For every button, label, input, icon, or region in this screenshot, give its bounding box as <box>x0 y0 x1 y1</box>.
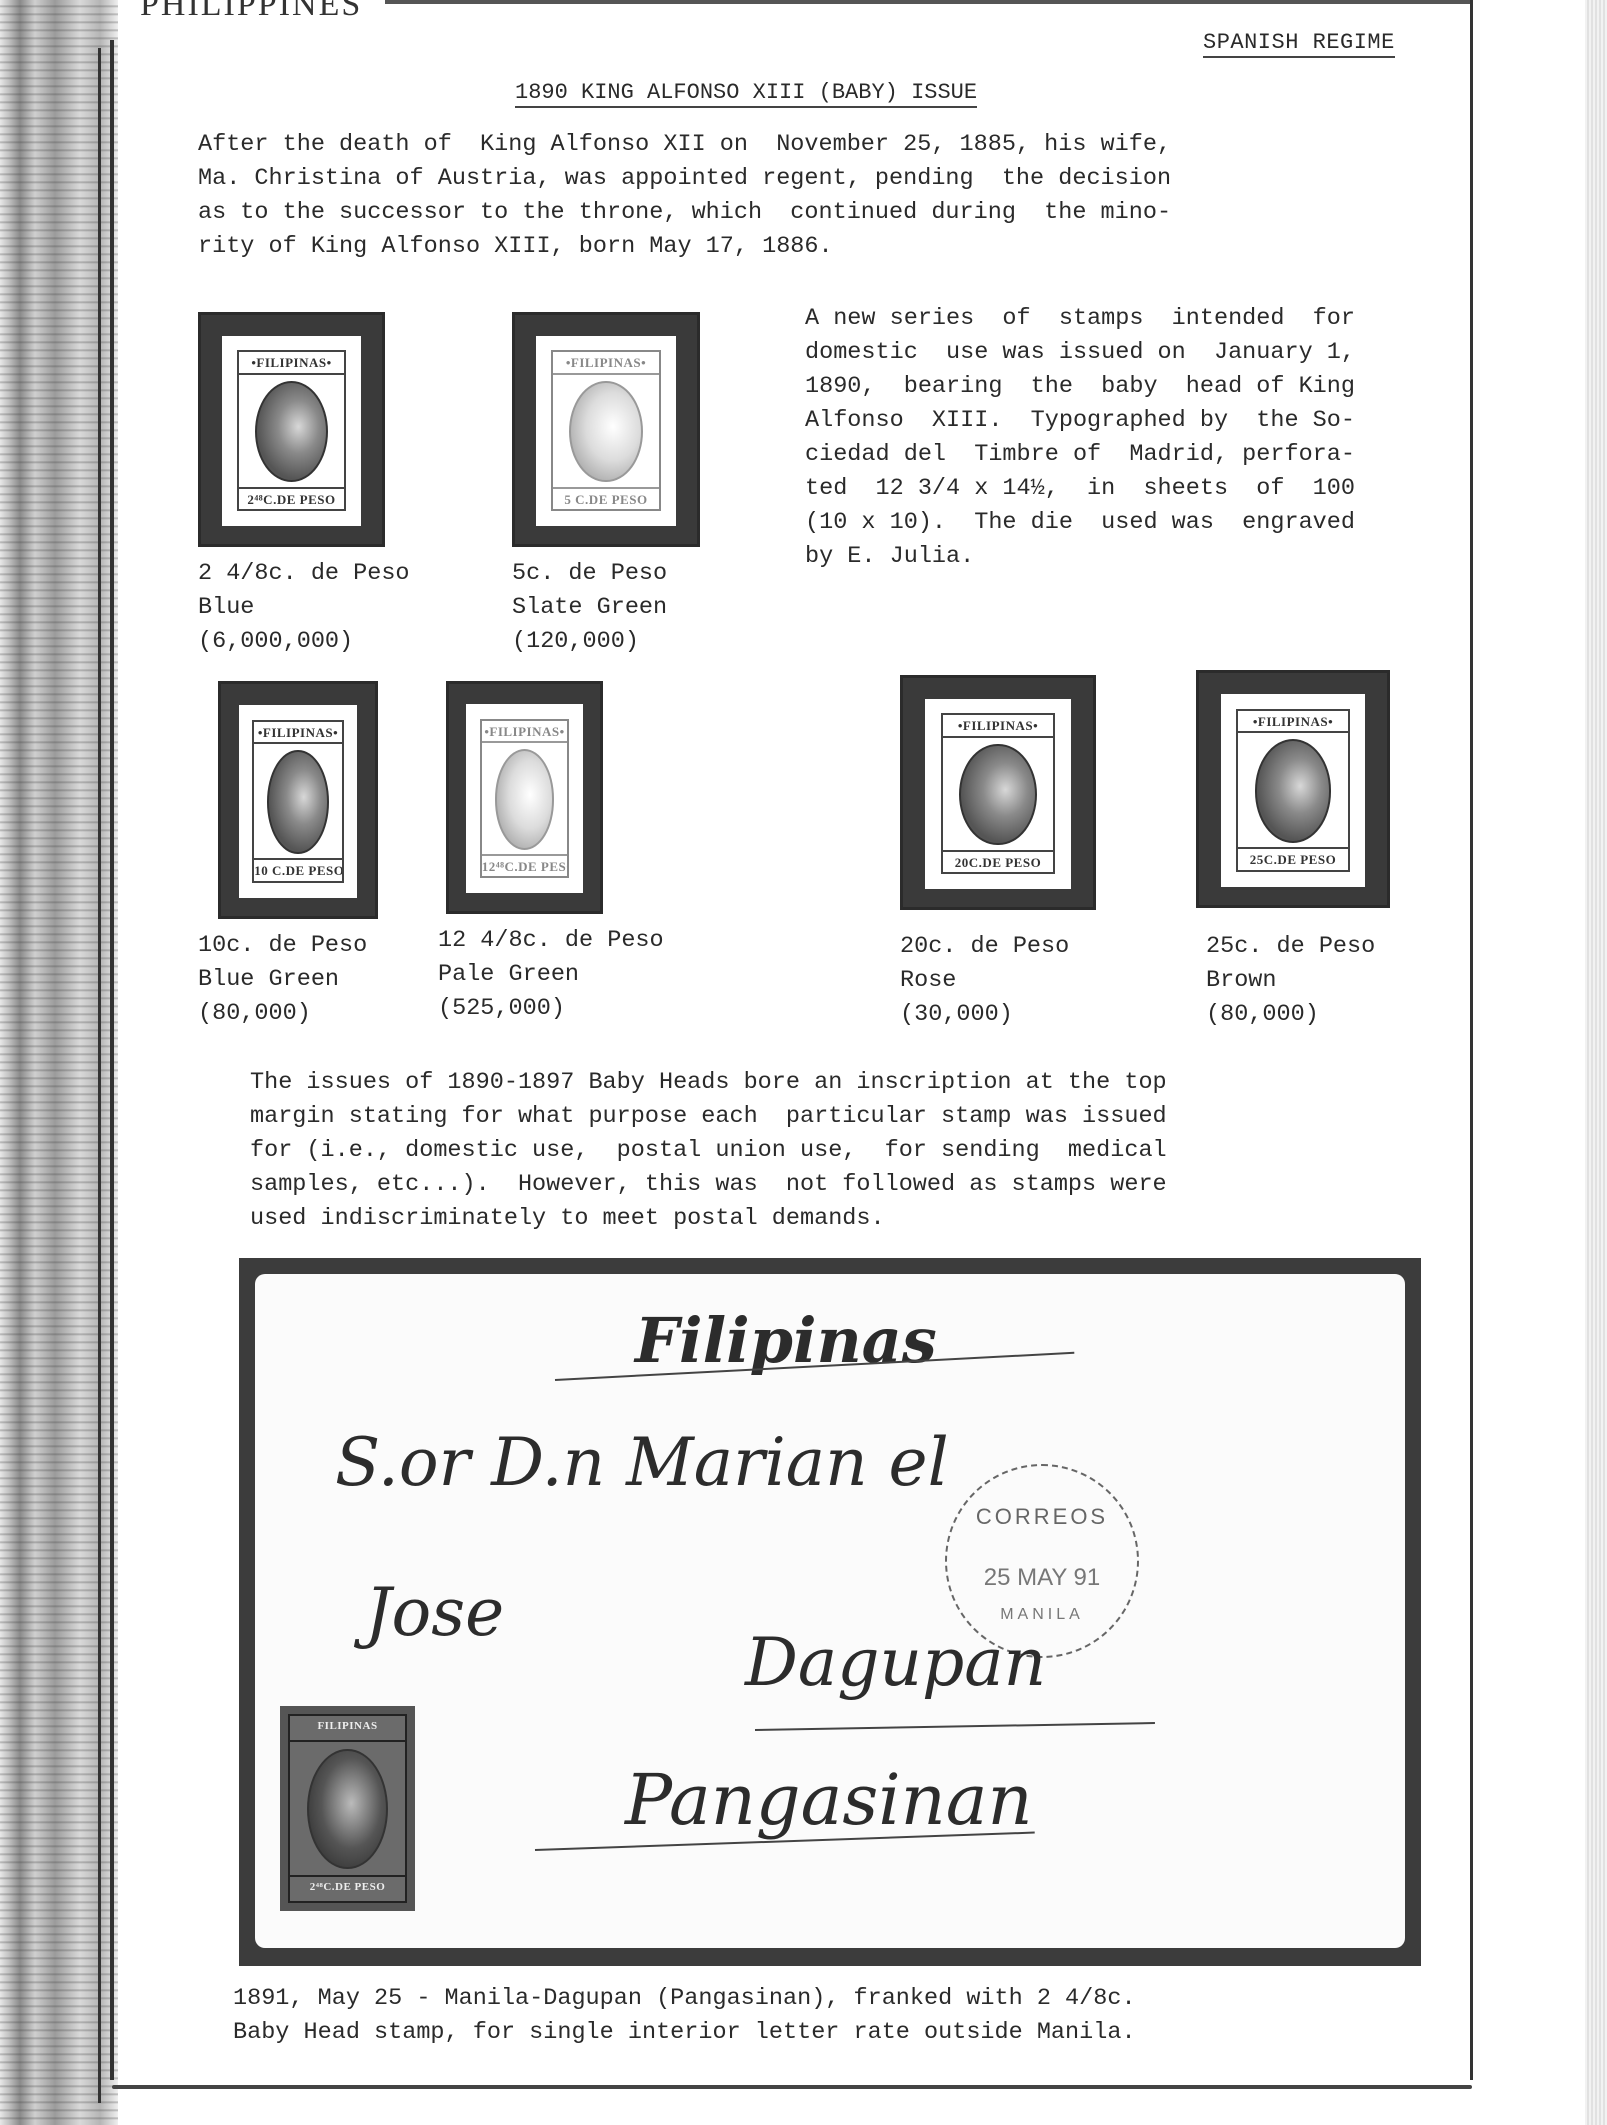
stamp-bottom-inscription: 10 C.DE PESO <box>254 858 342 881</box>
stamp-quantity: (30,000) <box>900 1001 1013 1028</box>
stamp-quantity: (80,000) <box>198 1000 311 1027</box>
text-line: (10 x 10). The die used was engraved <box>805 506 1480 540</box>
text-line: domestic use was issued on January 1, <box>805 336 1480 370</box>
usage-paragraph: The issues of 1890-1897 Baby Heads bore … <box>250 1066 1380 1236</box>
stamp-top-inscription: •FILIPINAS• <box>482 721 568 743</box>
binding-edge <box>110 40 114 2080</box>
stamp-label: 12 4/8c. de Peso Pale Green (525,000) <box>438 924 664 1026</box>
text-line: Ma. Christina of Austria, was appointed … <box>198 162 1396 196</box>
postmark-city: MANILA <box>947 1606 1137 1624</box>
stamp-top-inscription: •FILIPINAS• <box>254 722 342 745</box>
stamp-design: •FILIPINAS• 20C.DE PESO <box>941 713 1055 874</box>
stamp-image: •FILIPINAS• 5 C.DE PESO <box>512 312 700 547</box>
stamp-image: •FILIPINAS• 12⁴⁸C.DE PESO <box>446 681 603 914</box>
stamp-bottom-inscription: 12⁴⁸C.DE PESO <box>482 854 568 876</box>
stamp-color: Blue Green <box>198 966 339 993</box>
portrait-oval <box>1255 739 1331 842</box>
handwritten-name: Jose <box>365 1574 504 1651</box>
page-edge <box>1585 0 1607 2125</box>
text-line: 1890, bearing the baby head of King <box>805 370 1480 404</box>
stamp-image: •FILIPINAS• 20C.DE PESO <box>900 675 1096 910</box>
handwritten-addressee: S.or D.n Marian el <box>335 1424 949 1501</box>
stamp-bottom-inscription: 25C.DE PESO <box>1238 847 1347 870</box>
intro-paragraph: After the death of King Alfonso XII on N… <box>198 128 1396 264</box>
stamp-design: •FILIPINAS• 25C.DE PESO <box>1236 709 1349 872</box>
stamp-card: •FILIPINAS• 25C.DE PESO 25c. de Peso Bro… <box>1196 670 1390 1032</box>
stamp-bottom-inscription: 20C.DE PESO <box>943 850 1053 872</box>
text-line: The issues of 1890-1897 Baby Heads bore … <box>250 1066 1380 1100</box>
stamp-color: Blue <box>198 594 254 621</box>
cover-stamp: FILIPINAS 2⁴⁸C.DE PESO <box>280 1706 415 1911</box>
stamp-card: •FILIPINAS• 20C.DE PESO 20c. de Peso Ros… <box>900 675 1096 1032</box>
text-line: ted 12 3/4 x 14½, in sheets of 100 <box>805 472 1480 506</box>
stamp-bottom-inscription: 2⁴⁸C.DE PESO <box>239 487 344 509</box>
stamp-top-inscription: •FILIPINAS• <box>553 352 658 374</box>
text-line: by E. Julia. <box>805 540 1480 574</box>
portrait-oval <box>569 381 643 483</box>
stamp-top-inscription: •FILIPINAS• <box>239 352 344 374</box>
stamp-bottom-inscription: 2⁴⁸C.DE PESO <box>290 1875 405 1901</box>
stamp-label: 20c. de Peso Rose (30,000) <box>900 930 1096 1032</box>
stamp-quantity: (120,000) <box>512 628 639 655</box>
page-title: 1890 KING ALFONSO XIII (BABY) ISSUE <box>515 80 977 108</box>
text-line: for (i.e., domestic use, postal union us… <box>250 1134 1380 1168</box>
stamp-quantity: (525,000) <box>438 995 565 1022</box>
stamp-quantity: (80,000) <box>1206 1001 1319 1028</box>
envelope: Filipinas S.or D.n Marian el Jose CORREO… <box>255 1274 1405 1948</box>
stamp-image: •FILIPINAS• 2⁴⁸C.DE PESO <box>198 312 385 547</box>
stamp-denomination: 20c. de Peso <box>900 933 1069 960</box>
text-line: Alfonso XIII. Typographed by the So- <box>805 404 1480 438</box>
postmark-top-text: CORREOS <box>947 1504 1137 1530</box>
handwritten-town: Dagupan <box>745 1624 1046 1701</box>
stamp-denomination: 5c. de Peso <box>512 560 667 587</box>
page-frame-left <box>98 48 101 2103</box>
series-paragraph: A new series of stamps intended for dome… <box>805 302 1480 574</box>
section-tag: SPANISH REGIME <box>1203 30 1395 58</box>
portrait-oval <box>495 749 555 850</box>
underline <box>755 1722 1155 1731</box>
stamp-design: •FILIPINAS• 12⁴⁸C.DE PESO <box>480 719 570 878</box>
stamp-label: 2 4/8c. de Peso Blue (6,000,000) <box>198 557 410 659</box>
top-rule <box>385 0 1470 4</box>
stamp-image: •FILIPINAS• 10 C.DE PESO <box>218 681 378 919</box>
portrait-oval <box>959 744 1036 846</box>
stamp-denomination: 12 4/8c. de Peso <box>438 927 664 954</box>
stamp-card: •FILIPINAS• 2⁴⁸C.DE PESO 2 4/8c. de Peso… <box>198 312 410 659</box>
postmark-date: 25 MAY 91 <box>947 1564 1137 1592</box>
text-line: A new series of stamps intended for <box>805 302 1480 336</box>
stamp-card: •FILIPINAS• 5 C.DE PESO 5c. de Peso Slat… <box>512 312 700 659</box>
text-line: ciedad del Timbre of Madrid, perfora- <box>805 438 1480 472</box>
text-line: margin stating for what purpose each par… <box>250 1100 1380 1134</box>
text-line: rity of King Alfonso XIII, born May 17, … <box>198 230 1396 264</box>
stamp-top-inscription: •FILIPINAS• <box>1238 711 1347 734</box>
handwritten-province: Pangasinan <box>625 1759 1033 1841</box>
stamp-design: •FILIPINAS• 5 C.DE PESO <box>551 350 660 511</box>
portrait-oval <box>255 381 328 483</box>
stamp-design: FILIPINAS 2⁴⁸C.DE PESO <box>288 1714 407 1903</box>
stamp-top-inscription: •FILIPINAS• <box>943 715 1053 737</box>
cover-caption: 1891, May 25 - Manila-Dagupan (Pangasina… <box>233 1982 1383 2050</box>
stamp-color: Brown <box>1206 967 1277 994</box>
stamp-color: Pale Green <box>438 961 579 988</box>
stamp-design: •FILIPINAS• 10 C.DE PESO <box>252 720 344 883</box>
stamp-denomination: 25c. de Peso <box>1206 933 1375 960</box>
stamp-top-inscription: FILIPINAS <box>290 1716 405 1742</box>
portrait-oval <box>307 1749 387 1869</box>
stamp-color: Rose <box>900 967 956 994</box>
text-line: 1891, May 25 - Manila-Dagupan (Pangasina… <box>233 1982 1383 2016</box>
stamp-label: 10c. de Peso Blue Green (80,000) <box>198 929 378 1031</box>
stamp-denomination: 10c. de Peso <box>198 932 367 959</box>
stamp-bottom-inscription: 5 C.DE PESO <box>553 487 658 509</box>
postal-cover-image: Filipinas S.or D.n Marian el Jose CORREO… <box>239 1258 1421 1966</box>
stamp-quantity: (6,000,000) <box>198 628 353 655</box>
page-frame-bottom <box>112 2085 1472 2089</box>
stamp-image: •FILIPINAS• 25C.DE PESO <box>1196 670 1390 908</box>
stamp-denomination: 2 4/8c. de Peso <box>198 560 410 587</box>
stamp-label: 5c. de Peso Slate Green (120,000) <box>512 557 700 659</box>
stamp-design: •FILIPINAS• 2⁴⁸C.DE PESO <box>237 350 346 511</box>
stamp-card: •FILIPINAS• 10 C.DE PESO 10c. de Peso Bl… <box>218 681 378 1031</box>
text-line: Baby Head stamp, for single interior let… <box>233 2016 1383 2050</box>
stamp-label: 25c. de Peso Brown (80,000) <box>1206 930 1390 1032</box>
portrait-oval <box>267 750 328 853</box>
text-line: samples, etc...). However, this was not … <box>250 1168 1380 1202</box>
running-head: PHILIPPINES <box>140 0 362 24</box>
stamp-card: •FILIPINAS• 12⁴⁸C.DE PESO 12 4/8c. de Pe… <box>446 681 664 1026</box>
stamp-color: Slate Green <box>512 594 667 621</box>
text-line: After the death of King Alfonso XII on N… <box>198 128 1396 162</box>
text-line: as to the successor to the throne, which… <box>198 196 1396 230</box>
text-line: used indiscriminately to meet postal dem… <box>250 1202 1380 1236</box>
